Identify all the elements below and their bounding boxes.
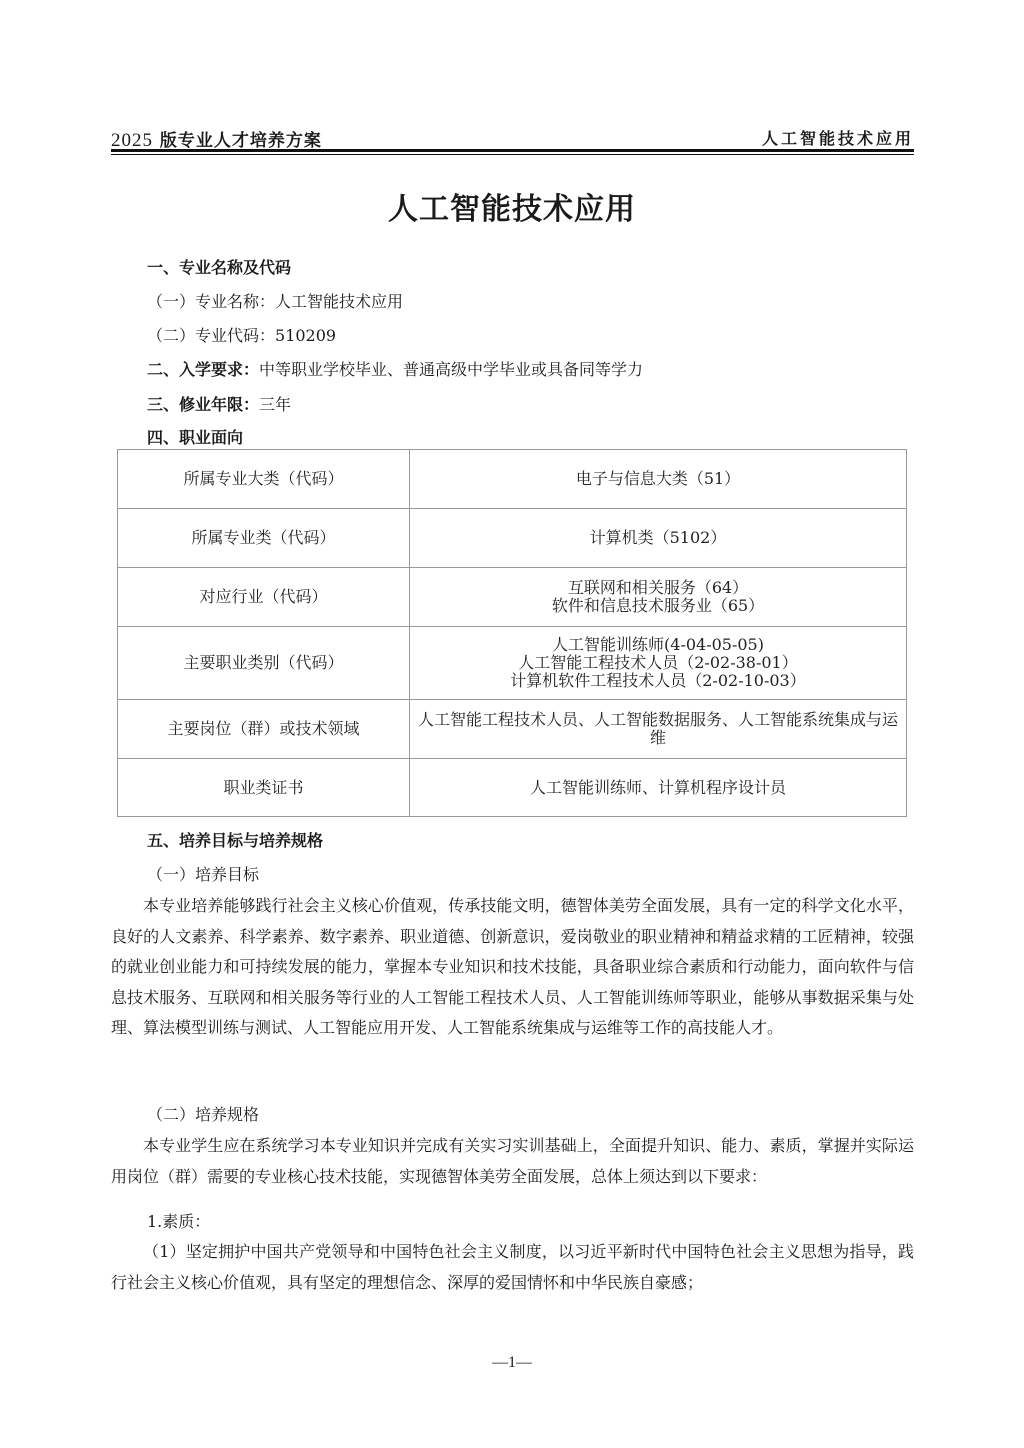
training-spec-subheading: （二）培养规格 [147,1102,259,1125]
page-number: —1— [0,1354,1024,1372]
header-rule-thick [111,149,914,152]
header-right-text: 人工智能技术应用 [762,126,914,149]
table-key-cell: 主要职业类别（代码） [118,627,410,700]
table-value-line: 人工智能训练师(4-04-05-05) [414,636,902,654]
training-spec-paragraph: 本专业学生应在系统学习本专业知识并完成有关实习实训基础上，全面提升知识、能力、素… [111,1131,914,1192]
admission-requirement: 中等职业学校毕业、普通高级中学毕业或具备同等学力 [259,360,643,379]
major-code-label: （二）专业代码： [147,326,275,345]
table-row: 所属专业类（代码） 计算机类（5102） [118,509,907,568]
table-row: 主要职业类别（代码） 人工智能训练师(4-04-05-05) 人工智能工程技术人… [118,627,907,700]
quality-item-1: （1）坚定拥护中国共产党领导和中国特色社会主义制度，以习近平新时代中国特色社会主… [111,1237,914,1298]
section-3-line: 三、修业年限：三年 [147,392,291,415]
header-left-text: 版专业人才培养方案 [160,131,322,151]
career-orientation-table: 所属专业大类（代码） 电子与信息大类（51） 所属专业类（代码） 计算机类（51… [117,449,907,817]
table-key-cell: 对应行业（代码） [118,568,410,627]
training-goal-paragraph: 本专业培养能够践行社会主义核心价值观，传承技能文明，德智体美劳全面发展，具有一定… [111,891,914,1044]
section-4-heading: 四、职业面向 [147,425,243,448]
table-value-cell: 人工智能训练师、计算机程序设计员 [410,759,907,817]
training-goal-subheading: （一）培养目标 [147,862,259,885]
table-value-line: 计算机软件工程技术人员（2-02-10-03） [414,672,902,690]
table-key-cell: 所属专业类（代码） [118,509,410,568]
table-value-cell: 电子与信息大类（51） [410,450,907,509]
table-row: 对应行业（代码） 互联网和相关服务（64） 软件和信息技术服务业（65） [118,568,907,627]
table-value-line: 软件和信息技术服务业（65） [414,597,902,615]
major-name-label: （一）专业名称： [147,292,275,311]
table-value-line: 互联网和相关服务（64） [414,579,902,597]
table-key-cell: 职业类证书 [118,759,410,817]
table-value-line: 电子与信息大类（51） [414,470,902,488]
major-name-value: 人工智能技术应用 [275,292,403,311]
section-3-heading: 三、修业年限： [147,395,259,414]
major-name-line: （一）专业名称：人工智能技术应用 [147,289,403,312]
header-rule-thin [111,154,914,155]
table-row: 主要岗位（群）或技术领域 人工智能工程技术人员、人工智能数据服务、人工智能系统集… [118,700,907,759]
table-key-cell: 所属专业大类（代码） [118,450,410,509]
header-year: 2025 [111,130,153,151]
table-value-cell: 互联网和相关服务（64） 软件和信息技术服务业（65） [410,568,907,627]
table-value-cell: 计算机类（5102） [410,509,907,568]
study-duration: 三年 [259,395,291,414]
table-row: 所属专业大类（代码） 电子与信息大类（51） [118,450,907,509]
page-header: 2025 版专业人才培养方案 人工智能技术应用 [111,126,914,148]
table-value-line: 人工智能工程技术人员、人工智能数据服务、人工智能系统集成与运维 [414,711,902,747]
section-2-line: 二、入学要求：中等职业学校毕业、普通高级中学毕业或具备同等学力 [147,357,643,380]
table-value-cell: 人工智能工程技术人员、人工智能数据服务、人工智能系统集成与运维 [410,700,907,759]
table-value-line: 人工智能工程技术人员（2-02-38-01） [414,654,902,672]
major-code-line: （二）专业代码：510209 [147,323,336,346]
section-5-heading: 五、培养目标与培养规格 [147,828,323,851]
table-row: 职业类证书 人工智能训练师、计算机程序设计员 [118,759,907,817]
section-1-heading: 一、专业名称及代码 [147,255,291,278]
table-value-line: 计算机类（5102） [414,529,902,547]
table-key-cell: 主要岗位（群）或技术领域 [118,700,410,759]
table-value-cell: 人工智能训练师(4-04-05-05) 人工智能工程技术人员（2-02-38-0… [410,627,907,700]
major-code-value: 510209 [275,326,336,345]
document-title: 人工智能技术应用 [0,184,1024,228]
table-value-line: 人工智能训练师、计算机程序设计员 [414,779,902,797]
quality-item-heading: 1.素质： [147,1209,210,1232]
section-2-heading: 二、入学要求： [147,360,259,379]
